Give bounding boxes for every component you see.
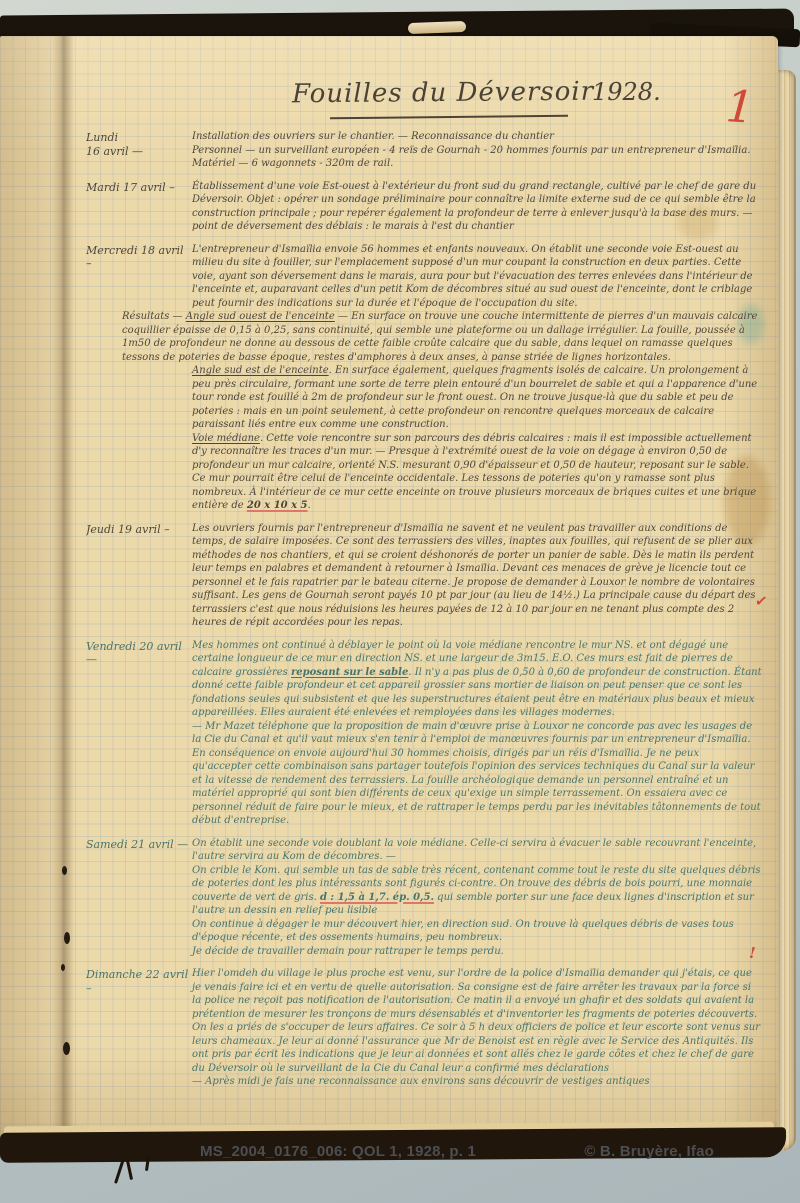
entry-body: Installation des ouvriers sur le chantie… [192,130,762,171]
entry-paragraph: On continue à dégager le mur découvert h… [192,918,762,945]
text-segment: Hier l'omdeh du village le plus proche e… [192,968,760,1074]
red-check-mark: ✓ [754,591,769,611]
text-segment: d : 1,5 à 1,7. ép. 0,5. [320,892,434,903]
journal-entry: Vendredi 20 avril —Mes hommes ont contin… [86,639,762,828]
entry-paragraph: Hier l'omdeh du village le plus proche e… [192,967,762,1075]
entry-body: Les ouvriers fournis par l'entrepreneur … [192,522,762,630]
text-segment: Les ouvriers fournis par l'entrepreneur … [192,523,756,629]
text-segment: Voie médiane [192,433,260,444]
text-segment: Installation des ouvriers sur le chantie… [192,131,554,142]
text-segment: . [308,500,311,511]
title-underline [330,115,568,119]
entry-paragraph: Résultats — Angle sud ouest de l'enceint… [122,310,762,364]
caption-id: MS_2004_0176_006: QOL 1, 1928, p. 1 [200,1143,476,1160]
text-segment: — Mr Mazet téléphone que la proposition … [192,721,761,827]
journal-entry: Samedi 21 avril —On établit une seconde … [86,837,762,959]
entry-paragraph: Personnel — un surveillant européen - 4 … [192,144,762,158]
journal-entry: Dimanche 22 avril –Hier l'omdeh du villa… [86,967,762,1089]
entry-paragraph: — Après midi je fais une reconnaissance … [192,1075,762,1089]
entry-body: On établit une seconde voie doublant la … [192,837,762,959]
text-segment: Matériel — 6 wagonnets - 320m de rail. [192,158,393,169]
text-segment: Personnel — un surveillant européen - 4 … [192,145,750,156]
archival-photo: Fouilles du Déversoir 1928. 1 Lundi 16 a… [0,0,800,1203]
text-segment: reposant sur le sable [291,667,408,678]
entry-body: Hier l'omdeh du village le plus proche e… [192,967,762,1089]
journal-entry: Mardi 17 avril –Établissement d'une voie… [86,180,762,234]
gutter-spot [64,932,70,944]
entry-paragraph: Les ouvriers fournis par l'entrepreneur … [192,522,762,630]
entry-paragraph: Établissement d'une voie Est-ouest à l'e… [192,180,762,234]
text-segment: 20 x 10 x 5 [247,500,308,511]
entry-date: Lundi 16 avril — [86,130,192,171]
entry-date: Mardi 17 avril – [86,180,192,234]
gutter-spot [62,866,67,875]
entry-paragraph: Je décide de travailler demain pour ratt… [192,945,762,959]
gutter-spot [63,1042,70,1055]
entry-paragraph: Mes hommes ont continué à déblayer le po… [192,639,762,720]
pencil-object [408,21,466,34]
caption-credit: © B. Bruyère, Ifao [584,1143,714,1160]
entry-date: Samedi 21 avril — [86,837,192,959]
entry-paragraph: Matériel — 6 wagonnets - 320m de rail. [192,157,762,171]
entry-paragraph: L'entrepreneur d'Ismaïlia envoie 56 homm… [192,243,762,311]
frayed-thread [145,1156,150,1171]
frayed-thread [126,1160,133,1180]
entry-paragraph: — Mr Mazet téléphone que la proposition … [192,720,762,828]
text-segment: L'entrepreneur d'Ismaïlia envoie 56 homm… [192,244,753,309]
binding-gutter-crease [52,36,74,1148]
text-segment: Angle sud ouest de l'enceinte [186,311,335,322]
year-label: 1928. [592,78,661,106]
entry-date: Dimanche 22 avril – [86,967,192,1089]
text-segment: On continue à dégager le mur découvert h… [192,919,734,944]
entry-date: Vendredi 20 avril — [86,639,192,828]
entry-date: Jeudi 19 avril – [86,522,192,630]
journal-entry: Mercredi 18 avril –L'entrepreneur d'Isma… [86,243,762,513]
journal-entry: Jeudi 19 avril –Les ouvriers fournis par… [86,522,762,630]
text-segment: Je décide de travailler demain pour ratt… [192,946,504,957]
journal-entries: Lundi 16 avril —Installation des ouvrier… [86,130,762,1134]
entry-paragraph: On crible le Kom. qui semble un tas de s… [192,864,762,918]
gutter-spot [61,964,65,971]
text-segment: Résultats — [122,311,186,322]
journal-entry: Lundi 16 avril —Installation des ouvrier… [86,130,762,171]
entry-body: Mes hommes ont continué à déblayer le po… [192,639,762,828]
manuscript-page: Fouilles du Déversoir 1928. 1 Lundi 16 a… [0,36,778,1148]
entry-paragraph: Angle sud est de l'enceinte. En surface … [192,364,762,432]
frayed-thread [114,1158,125,1184]
text-segment: On établit une seconde voie doublant la … [192,838,756,863]
entry-date: Mercredi 18 avril – [86,243,192,513]
text-segment: Établissement d'une voie Est-ouest à l'e… [192,181,756,233]
journal-title: Fouilles du Déversoir [292,77,594,110]
entry-paragraph: On établit une seconde voie doublant la … [192,837,762,864]
entry-body: Établissement d'une voie Est-ouest à l'e… [192,180,762,234]
entry-body: L'entrepreneur d'Ismaïlia envoie 56 homm… [192,243,762,513]
caption-overlay: MS_2004_0176_006: QOL 1, 1928, p. 1 © B.… [200,1143,714,1160]
entry-paragraph: Voie médiane. Cette voie rencontre sur s… [192,432,762,513]
entry-paragraph: Installation des ouvriers sur le chantie… [192,130,762,144]
page-number: 1 [724,85,755,131]
text-segment: Angle sud est de l'enceinte [192,365,329,376]
text-segment: — Après midi je fais une reconnaissance … [192,1076,650,1087]
